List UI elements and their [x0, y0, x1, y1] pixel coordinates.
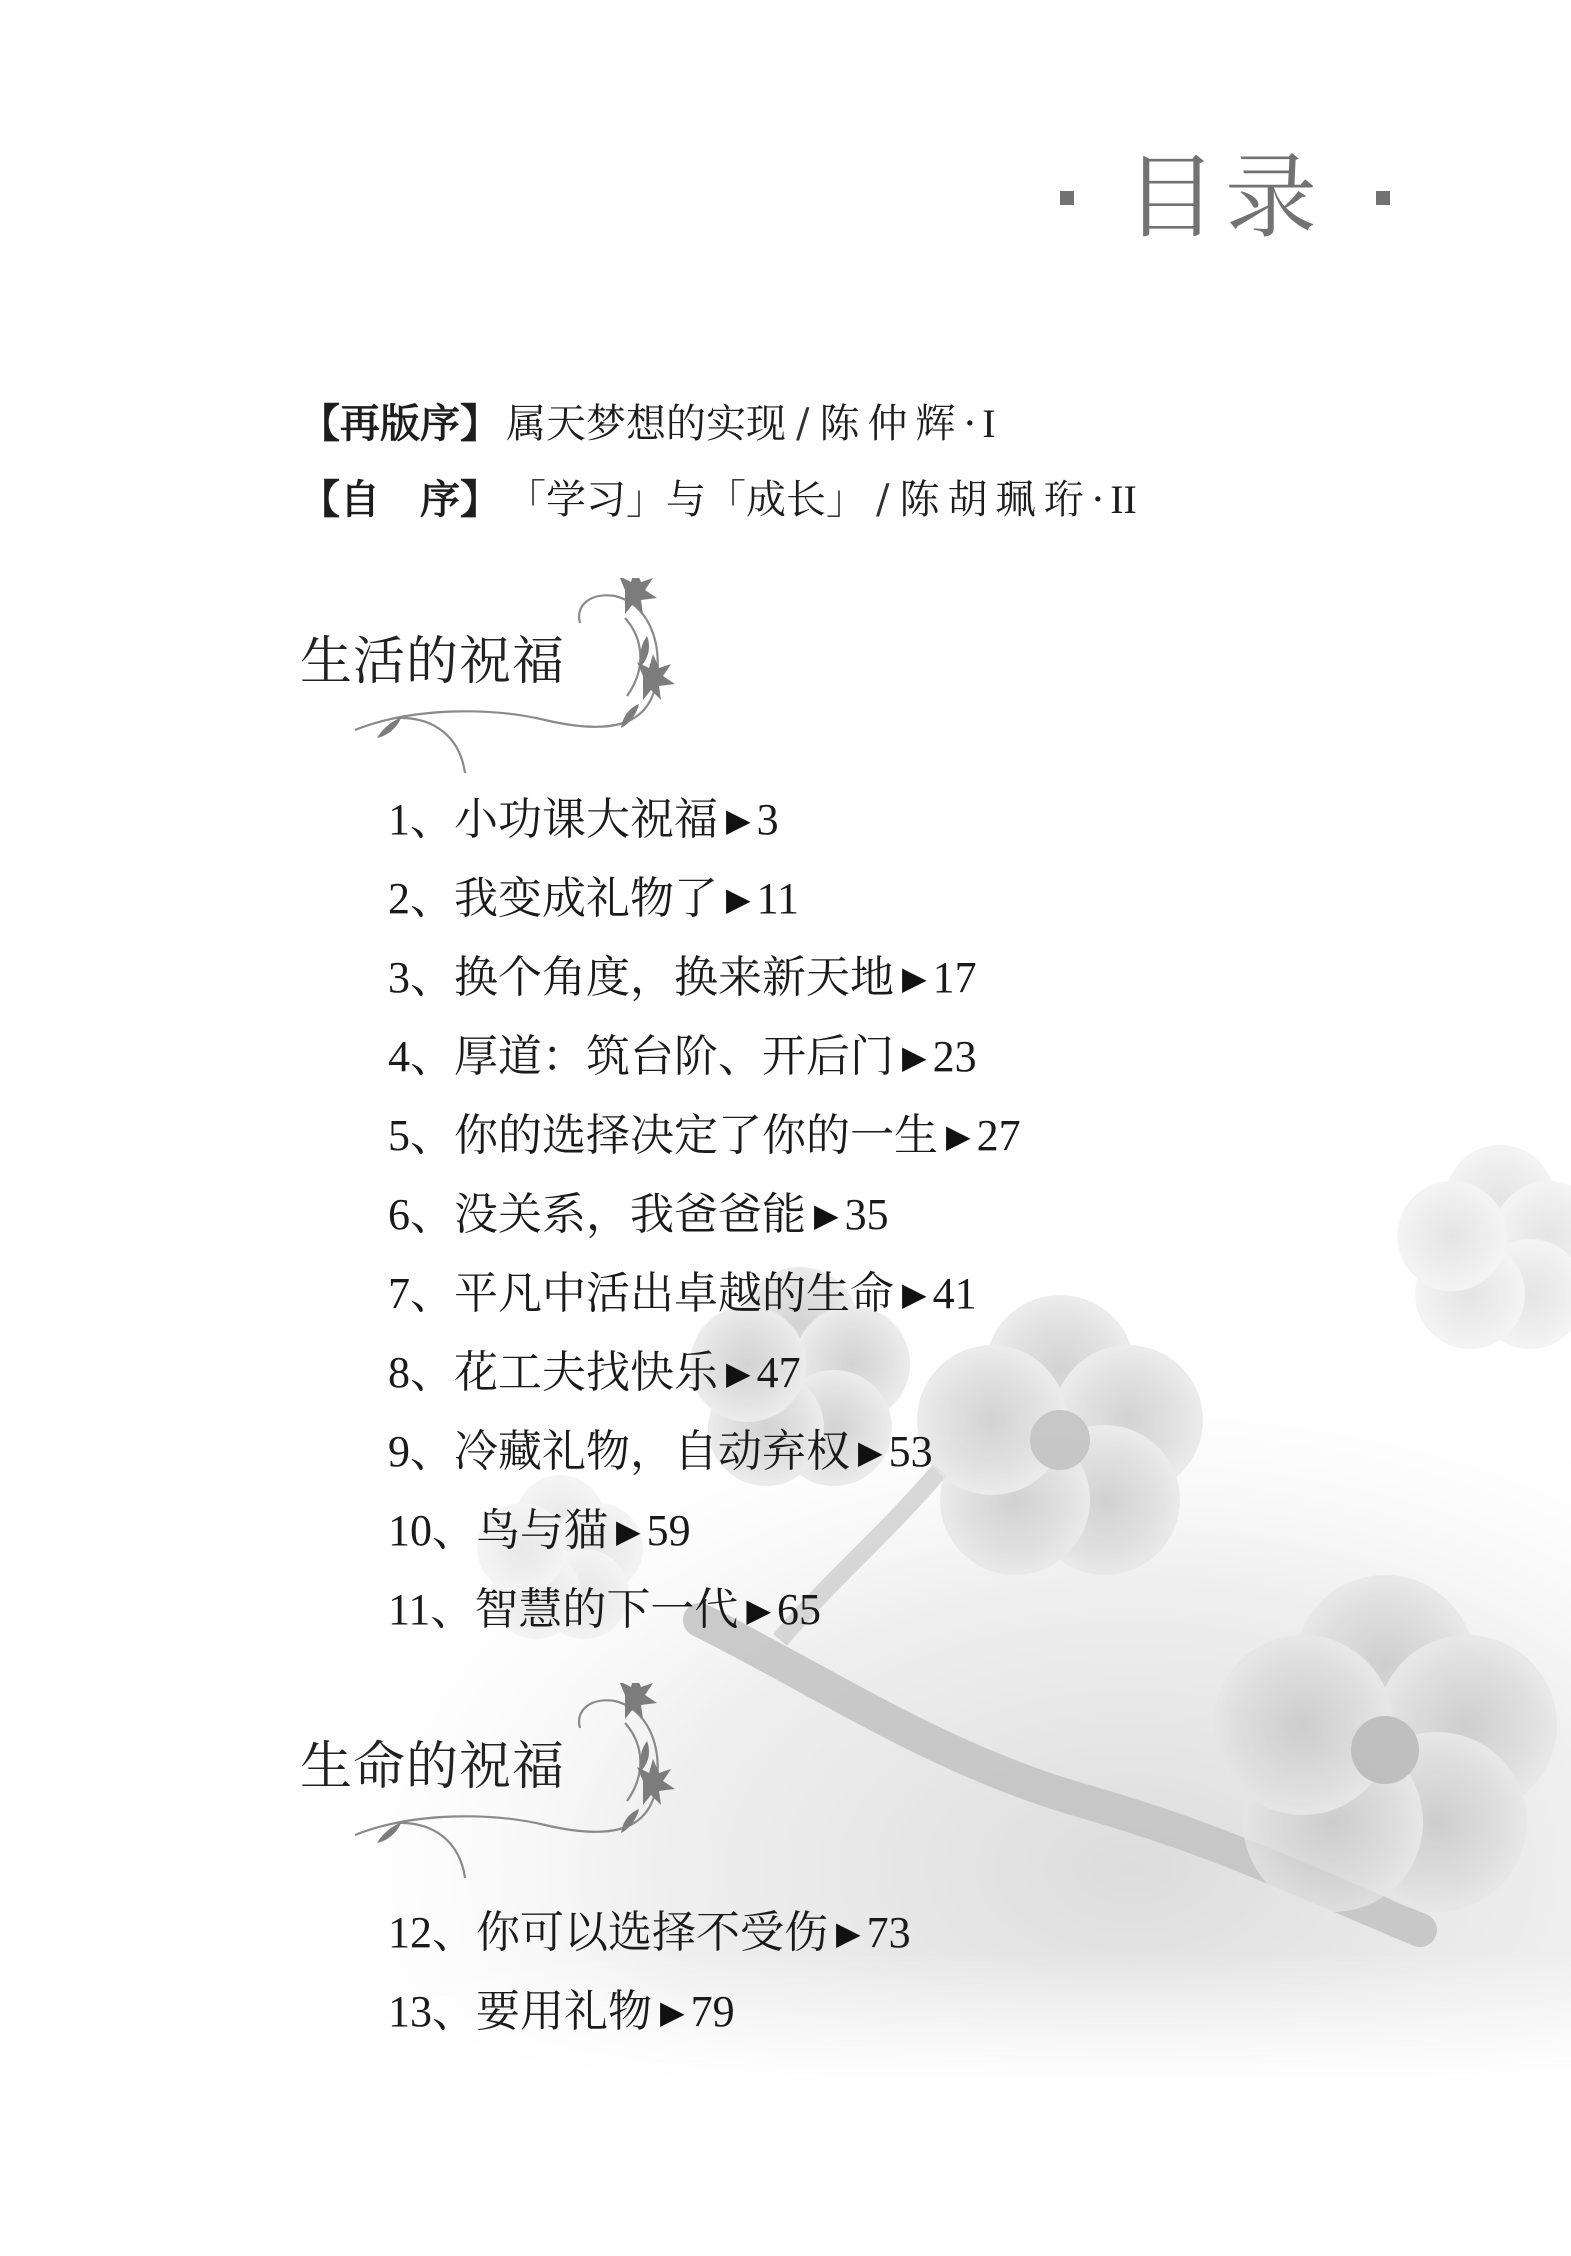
item-page-number: 17: [933, 956, 977, 1000]
section-title: 生命的祝福: [300, 1741, 565, 1793]
page-title-text: 目录: [1125, 152, 1325, 244]
play-arrow-icon: ▶: [616, 1515, 641, 1547]
item-number: 4、: [388, 1035, 454, 1079]
preface-label: 【再版序】: [300, 404, 500, 444]
item-title: 没关系，我爸爸能: [454, 1193, 806, 1237]
toc-item-4[interactable]: 4、厚道：筑台阶、开后门▶23: [388, 1017, 1021, 1096]
item-title: 智慧的下一代: [474, 1588, 738, 1632]
item-number: 12、: [388, 1911, 476, 1955]
bracket-open: 【: [300, 401, 340, 447]
toc-item-12[interactable]: 12、你可以选择不受伤▶73: [388, 1893, 911, 1972]
item-page-number: 35: [845, 1193, 889, 1237]
toc-item-11[interactable]: 11、智慧的下一代▶65: [388, 1570, 1021, 1649]
preface-page-number: II: [1110, 480, 1137, 520]
item-title: 花工夫找快乐: [454, 1351, 718, 1395]
item-title: 厚道：筑台阶、开后门: [454, 1035, 894, 1079]
toc-item-3[interactable]: 3、换个角度，换来新天地▶17: [388, 938, 1021, 1017]
toc-item-5[interactable]: 5、你的选择决定了你的一生▶27: [388, 1096, 1021, 1175]
preface-author: 陈胡珮珩: [899, 480, 1091, 520]
play-arrow-icon: ▶: [902, 1041, 927, 1073]
item-title: 换个角度，换来新天地: [454, 956, 894, 1000]
preface-label-text: 再版序: [340, 404, 460, 444]
play-arrow-icon: ▶: [946, 1120, 971, 1152]
item-title: 我变成礼物了: [454, 877, 718, 921]
section-header-life-of-blessing: 生命的祝福: [300, 1683, 680, 1883]
title-right-dot-icon: [1376, 191, 1390, 205]
play-arrow-icon: ▶: [902, 1278, 927, 1310]
play-arrow-icon: ▶: [726, 804, 751, 836]
bracket-open: 【: [300, 477, 340, 523]
preface-title: 属天梦想的实现: [506, 404, 786, 444]
toc-entry-reprint-preface[interactable]: 【再版序】 属天梦想的实现 / 陈仲辉 · I: [300, 404, 996, 444]
page-separator-dot: ·: [1091, 480, 1104, 520]
item-title: 鸟与猫: [476, 1509, 608, 1553]
page-separator-dot: ·: [963, 404, 976, 444]
item-page-number: 73: [867, 1911, 911, 1955]
item-number: 7、: [388, 1272, 454, 1316]
toc-list-life-of-blessing: 12、你可以选择不受伤▶73 13、要用礼物▶79: [388, 1893, 911, 2051]
play-arrow-icon: ▶: [746, 1594, 771, 1626]
toc-item-13[interactable]: 13、要用礼物▶79: [388, 1972, 911, 2051]
toc-item-7[interactable]: 7、平凡中活出卓越的生命▶41: [388, 1254, 1021, 1333]
item-page-number: 23: [933, 1035, 977, 1079]
toc-item-6[interactable]: 6、没关系，我爸爸能▶35: [388, 1175, 1021, 1254]
item-number: 3、: [388, 956, 454, 1000]
play-arrow-icon: ▶: [814, 1199, 839, 1231]
item-page-number: 11: [757, 877, 799, 921]
toc-item-2[interactable]: 2、我变成礼物了▶11: [388, 859, 1021, 938]
bracket-close: 】: [460, 401, 500, 447]
title-left-dot-icon: [1060, 191, 1074, 205]
item-number: 1、: [388, 798, 454, 842]
preface-separator: /: [796, 404, 809, 444]
preface-page-number: I: [982, 404, 995, 444]
item-page-number: 65: [777, 1588, 821, 1632]
play-arrow-icon: ▶: [726, 883, 751, 915]
item-page-number: 3: [757, 798, 779, 842]
preface-label-text: 自 序: [340, 480, 460, 520]
item-page-number: 47: [757, 1351, 801, 1395]
item-number: 5、: [388, 1114, 454, 1158]
section-header-life-blessing: 生活的祝福: [300, 578, 680, 778]
preface-separator: /: [876, 480, 889, 520]
item-page-number: 41: [933, 1272, 977, 1316]
item-title: 小功课大祝福: [454, 798, 718, 842]
item-page-number: 59: [647, 1509, 691, 1553]
item-page-number: 53: [889, 1430, 933, 1474]
play-arrow-icon: ▶: [660, 1996, 685, 2028]
toc-entry-author-preface[interactable]: 【自 序】 「学习」与「成长」 / 陈胡珮珩 · II: [300, 480, 1137, 520]
item-title: 平凡中活出卓越的生命: [454, 1272, 894, 1316]
preface-title: 「学习」与「成长」: [506, 480, 866, 520]
item-number: 13、: [388, 1990, 476, 2034]
toc-item-1[interactable]: 1、小功课大祝福▶3: [388, 780, 1021, 859]
preface-label: 【自 序】: [300, 480, 500, 520]
item-number: 6、: [388, 1193, 454, 1237]
item-number: 9、: [388, 1430, 454, 1474]
item-number: 11、: [388, 1588, 474, 1632]
item-page-number: 79: [691, 1990, 735, 2034]
item-number: 8、: [388, 1351, 454, 1395]
page-title: 目录: [1060, 148, 1390, 248]
item-title: 你可以选择不受伤: [476, 1911, 828, 1955]
toc-item-10[interactable]: 10、鸟与猫▶59: [388, 1491, 1021, 1570]
toc-item-8[interactable]: 8、花工夫找快乐▶47: [388, 1333, 1021, 1412]
play-arrow-icon: ▶: [726, 1357, 751, 1389]
preface-author: 陈仲辉: [819, 404, 963, 444]
play-arrow-icon: ▶: [902, 962, 927, 994]
toc-list-life-blessing: 1、小功课大祝福▶3 2、我变成礼物了▶11 3、换个角度，换来新天地▶17 4…: [388, 780, 1021, 1649]
section-title: 生活的祝福: [300, 636, 565, 688]
item-title: 要用礼物: [476, 1990, 652, 2034]
toc-item-9[interactable]: 9、冷藏礼物，自动弃权▶53: [388, 1412, 1021, 1491]
item-title: 你的选择决定了你的一生: [454, 1114, 938, 1158]
play-arrow-icon: ▶: [858, 1436, 883, 1468]
item-number: 10、: [388, 1509, 476, 1553]
item-page-number: 27: [977, 1114, 1021, 1158]
play-arrow-icon: ▶: [836, 1917, 861, 1949]
item-number: 2、: [388, 877, 454, 921]
item-title: 冷藏礼物，自动弃权: [454, 1430, 850, 1474]
bracket-close: 】: [460, 477, 500, 523]
